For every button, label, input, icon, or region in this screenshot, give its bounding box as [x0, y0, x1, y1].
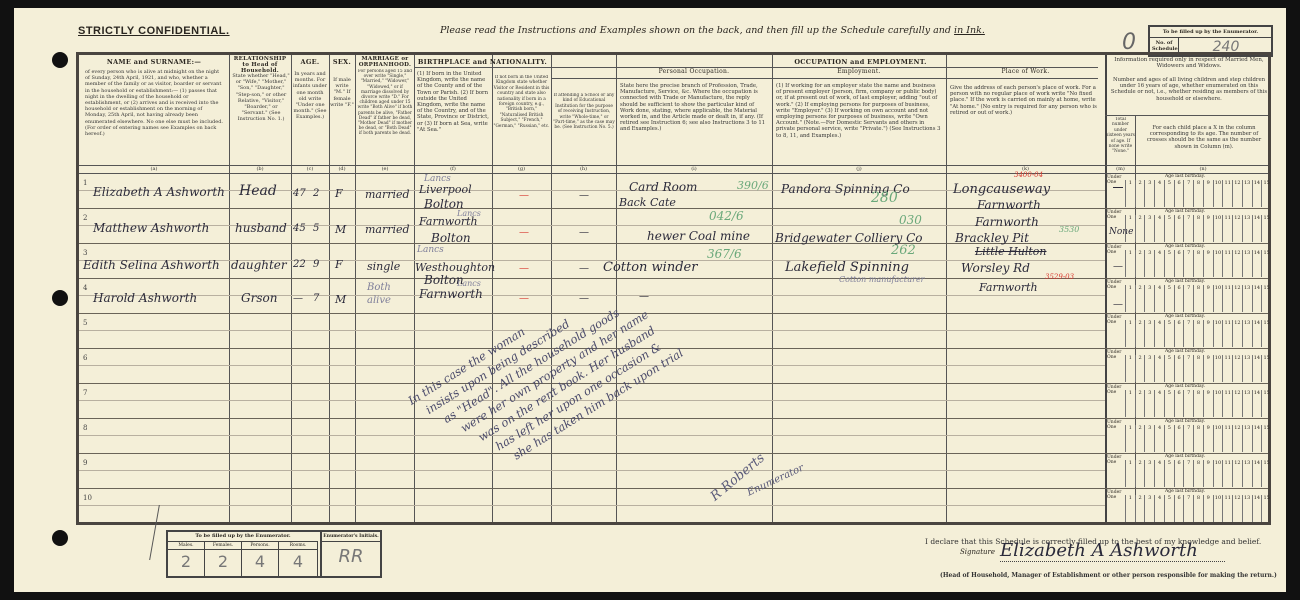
header-personal-occupation: Personal Occupation. [616, 68, 772, 75]
header-age: AGE. [291, 58, 329, 66]
person-1-name: Elizabeth A Ashworth [93, 185, 225, 199]
age-grid: Under OneAge last birthday.1234567891011… [1105, 419, 1271, 452]
signature-subtext: (Head of Household, Manager of Establish… [940, 572, 1277, 579]
header-occupation-group: OCCUPATION and EMPLOYMENT. [616, 58, 1105, 66]
persons-count: 4 [242, 550, 278, 574]
person-3-relation: daughter [231, 258, 287, 272]
enumerator-totals-box: To be filled up by the Enumerator. Males… [166, 530, 382, 578]
punch-hole [52, 52, 68, 68]
header-place-of-work: Place of Work. [946, 68, 1105, 75]
age-grid: Under OneAge last birthday.1234567891011… [1105, 489, 1271, 522]
age-grid: Under OneAge last birthday.1234567891011… [1105, 384, 1271, 417]
person-1-relation: Head [239, 183, 277, 199]
age-grid: Under OneAge last birthday.1234567891011… [1105, 244, 1271, 277]
person-2-relation: husband [235, 221, 287, 235]
person-2-name: Matthew Ashworth [93, 221, 209, 235]
head-signature: Elizabeth A Ashworth [1000, 540, 1225, 562]
header-birthplace: BIRTHPLACE and NATIONALITY. [414, 58, 551, 66]
age-grid: Under OneAge last birthday.1234567891011… [1105, 349, 1271, 382]
header-name: NAME and SURNAME:— [79, 58, 229, 66]
person-4-relation: Grson [241, 291, 277, 305]
header-employment: Employment. [772, 68, 946, 75]
punch-hole [52, 290, 68, 306]
person-3-name: Edith Selina Ashworth [83, 258, 220, 272]
males-count: 2 [168, 550, 204, 574]
enumerator-initials: RR [322, 542, 380, 572]
females-count: 2 [205, 550, 241, 574]
age-grid: Under OneAge last birthday.1234567891011… [1105, 174, 1271, 207]
rooms-count: 4 [279, 550, 317, 574]
instructions-line: Please read the Instructions and Example… [440, 25, 985, 36]
punch-hole [52, 530, 68, 546]
age-grid: Under OneAge last birthday.1234567891011… [1105, 314, 1271, 347]
header-marriage: MARRIAGE or ORPHANHOOD. [356, 56, 414, 68]
header-children: Information required only in respect of … [1109, 57, 1269, 69]
header-relationship: RELATIONSHIP to Head of Household. [231, 56, 289, 74]
header-sex: SEX. [329, 58, 355, 66]
signature-label: Signature [960, 548, 995, 556]
age-grid: Under OneAge last birthday.1234567891011… [1105, 279, 1271, 312]
census-table: NAME and SURNAME:— of every person who i… [76, 52, 1271, 525]
age-grid: Under OneAge last birthday.1234567891011… [1105, 209, 1271, 242]
confidential-label: STRICTLY CONFIDENTIAL. [78, 25, 230, 37]
person-4-name: Harold Ashworth [93, 291, 197, 305]
age-grid: Under OneAge last birthday.1234567891011… [1105, 454, 1271, 487]
